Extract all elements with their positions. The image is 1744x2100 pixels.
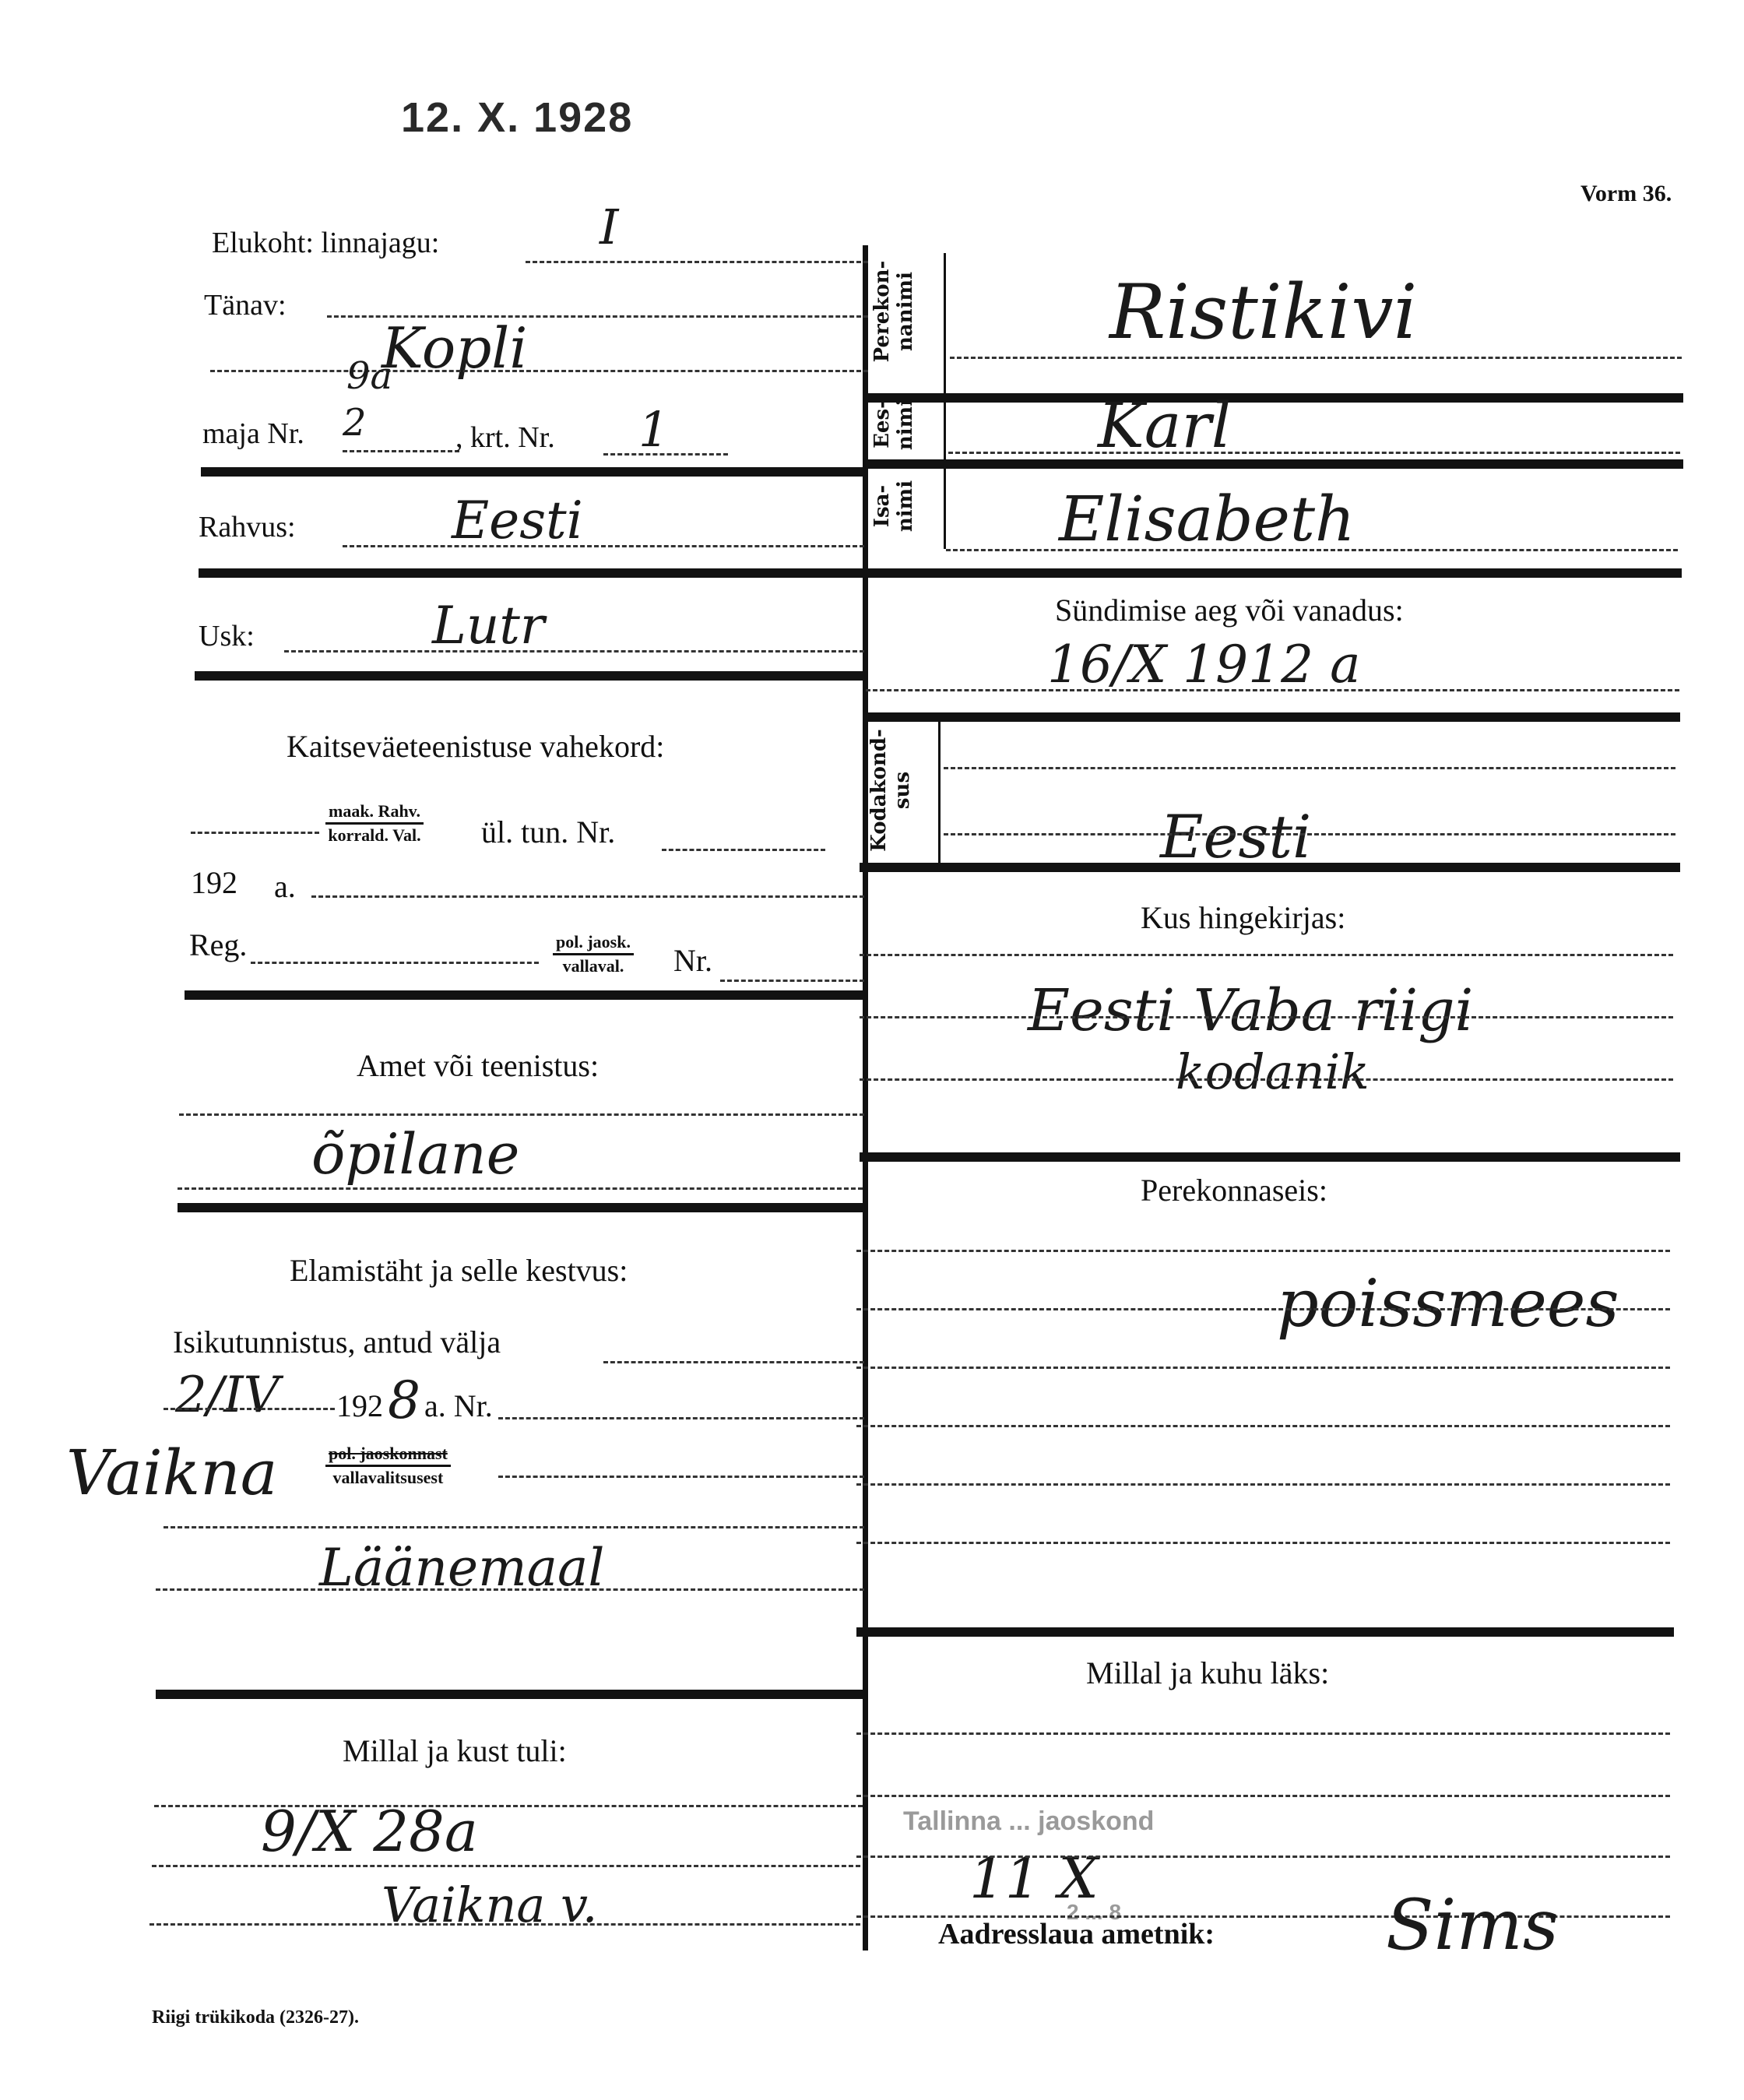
id-card-label: Isikutunnistus, antud välja <box>173 1324 501 1360</box>
divider <box>156 1690 863 1699</box>
id-issue-date[interactable]: 2/IV <box>175 1367 280 1424</box>
fraction-bottom: vallaval. <box>553 955 634 976</box>
divider <box>201 467 863 477</box>
marital-line-6 <box>856 1542 1670 1544</box>
year-label: 192 <box>191 864 237 901</box>
district-line <box>526 261 868 263</box>
reg-label: Reg. <box>189 927 247 963</box>
center-divider <box>863 245 868 1951</box>
citizenship-line-2 <box>944 833 1675 835</box>
arrival-line-2 <box>152 1865 860 1867</box>
registry-line-3 <box>860 1078 1673 1081</box>
arrival-line-3 <box>149 1923 860 1926</box>
fraction-top-struck: pol. jaoskonnast <box>325 1444 451 1467</box>
county-line-2 <box>156 1588 864 1591</box>
birth-heading: Sündimise aeg või vanadus: <box>1055 592 1404 628</box>
arrival-date[interactable]: 9/X 28a <box>261 1799 478 1864</box>
birth-value[interactable]: 16/X 1912 a <box>1047 635 1360 695</box>
military-heading: Kaitseväeteenistuse vahekord: <box>287 728 664 765</box>
departure-line-2 <box>856 1795 1670 1797</box>
first-name-label: Ees- nimi <box>870 393 917 456</box>
father-name-label: Isa- nimi <box>870 471 917 541</box>
occupation-line-2 <box>178 1187 863 1190</box>
religion-label: Usk: <box>199 619 255 653</box>
divider <box>856 1627 1674 1637</box>
surname-label: Perekon- nanimi <box>870 249 917 374</box>
divider <box>866 393 1683 403</box>
id-nr-line <box>498 1417 864 1419</box>
authority-fraction-1: maak. Rahv. korrald. Val. <box>325 802 424 845</box>
ul-tun-label: ül. tun. Nr. <box>481 814 615 850</box>
marital-line-4 <box>856 1425 1670 1427</box>
first-name-line <box>948 452 1680 454</box>
id-date-line <box>163 1408 335 1410</box>
clerk-label: Aadresslaua ametnik: <box>938 1917 1215 1951</box>
date-stamp: 12. X. 1928 <box>401 93 633 142</box>
divider <box>185 990 863 1000</box>
reg-nr-line <box>720 980 864 982</box>
street-line-2 <box>210 370 868 372</box>
county-line-1 <box>163 1526 864 1528</box>
nationality-label: Rahvus: <box>199 510 296 544</box>
divider <box>178 1203 863 1212</box>
surname-line <box>950 357 1682 359</box>
printer-note: Riigi trükikoda (2326-27). <box>152 2007 359 2028</box>
office-stamp: Tallinna ... jaoskond <box>903 1806 1154 1837</box>
citizenship-line-1 <box>944 767 1675 769</box>
military-line-1 <box>191 832 319 834</box>
ul-tun-line <box>662 849 825 851</box>
divider <box>860 1152 1680 1162</box>
departure-heading: Millal ja kuhu läks: <box>1086 1655 1329 1691</box>
religion-value[interactable]: Lutr <box>432 596 544 656</box>
fraction-top: maak. Rahv. <box>325 802 424 825</box>
departure-line-1 <box>856 1732 1670 1735</box>
fraction-bottom: vallavalitsusest <box>325 1467 451 1487</box>
registry-value-line-2[interactable]: kodanik <box>1176 1043 1370 1100</box>
departure-line-3 <box>856 1856 1670 1858</box>
issuer-fraction: pol. jaoskonnast vallavalitsusest <box>325 1444 451 1487</box>
registry-line-2 <box>860 1016 1673 1018</box>
year-suffix: a. <box>274 868 296 905</box>
fraction-top: pol. jaosk. <box>553 933 634 955</box>
marital-heading: Perekonnaseis: <box>1141 1172 1327 1208</box>
father-name-line <box>946 549 1678 551</box>
divider <box>195 671 863 681</box>
nationality-line <box>343 545 864 547</box>
apartment-value[interactable]: 1 <box>638 401 669 458</box>
issuer-value[interactable]: Vaikna <box>66 1437 277 1509</box>
reg-nr-label: Nr. <box>673 942 712 979</box>
fraction-bottom: korrald. Val. <box>325 825 424 845</box>
reg-line <box>251 962 539 964</box>
divider <box>866 459 1683 469</box>
clerk-signature: Sims <box>1386 1884 1559 1966</box>
occupation-line-1 <box>179 1113 864 1116</box>
nationality-value[interactable]: Eesti <box>452 491 583 551</box>
apartment-label: , krt. Nr. <box>455 420 555 455</box>
citizenship-label-divider <box>938 720 941 868</box>
marital-value[interactable]: poissmees <box>1277 1265 1619 1342</box>
marital-line-3 <box>856 1367 1670 1369</box>
surname-value[interactable]: Ristikivi <box>1109 269 1417 356</box>
apartment-line <box>603 453 728 456</box>
authority-fraction-2: pol. jaosk. vallaval. <box>553 933 634 976</box>
id-card-line <box>603 1361 864 1363</box>
house-value[interactable]: 2 <box>343 401 367 445</box>
arrival-heading: Millal ja kust tuli: <box>343 1732 567 1769</box>
district-value[interactable]: I <box>599 199 619 255</box>
registry-heading: Kus hingekirjas: <box>1141 899 1345 936</box>
id-year-digit[interactable]: 8 <box>388 1370 420 1430</box>
form-number: Vorm 36. <box>1580 181 1672 207</box>
occupation-value[interactable]: õpilane <box>311 1121 519 1187</box>
house-value-superscript[interactable]: 9a <box>346 354 392 398</box>
divider <box>863 568 1682 578</box>
birth-line <box>866 689 1679 691</box>
father-name-value[interactable]: Elisabeth <box>1059 483 1355 555</box>
marital-line-2 <box>856 1308 1670 1310</box>
citizenship-value[interactable]: Eesti <box>1160 802 1311 871</box>
marital-line-5 <box>856 1483 1670 1486</box>
district-label: Elukoht: linnajagu: <box>212 226 439 260</box>
house-label: maja Nr. <box>202 417 304 451</box>
divider <box>199 568 863 578</box>
id-nr-label: a. Nr. <box>424 1388 493 1424</box>
marital-line-1 <box>856 1250 1670 1252</box>
divider <box>863 712 1680 722</box>
street-label: Tänav: <box>204 288 287 322</box>
occupation-heading: Amet või teenistus: <box>357 1047 599 1084</box>
religion-line <box>284 650 864 653</box>
residence-permit-heading: Elamistäht ja selle kestvus: <box>290 1252 628 1289</box>
registry-line-1 <box>860 954 1673 956</box>
house-line <box>343 450 459 452</box>
id-year-prefix: 192 <box>336 1388 383 1424</box>
citizenship-label: Kodakond- sus <box>867 724 914 857</box>
registry-value-line-1[interactable]: Eesti Vaba riigi <box>1028 977 1473 1044</box>
issuer-line <box>498 1476 864 1478</box>
divider <box>860 863 1680 872</box>
year-line <box>311 895 864 898</box>
